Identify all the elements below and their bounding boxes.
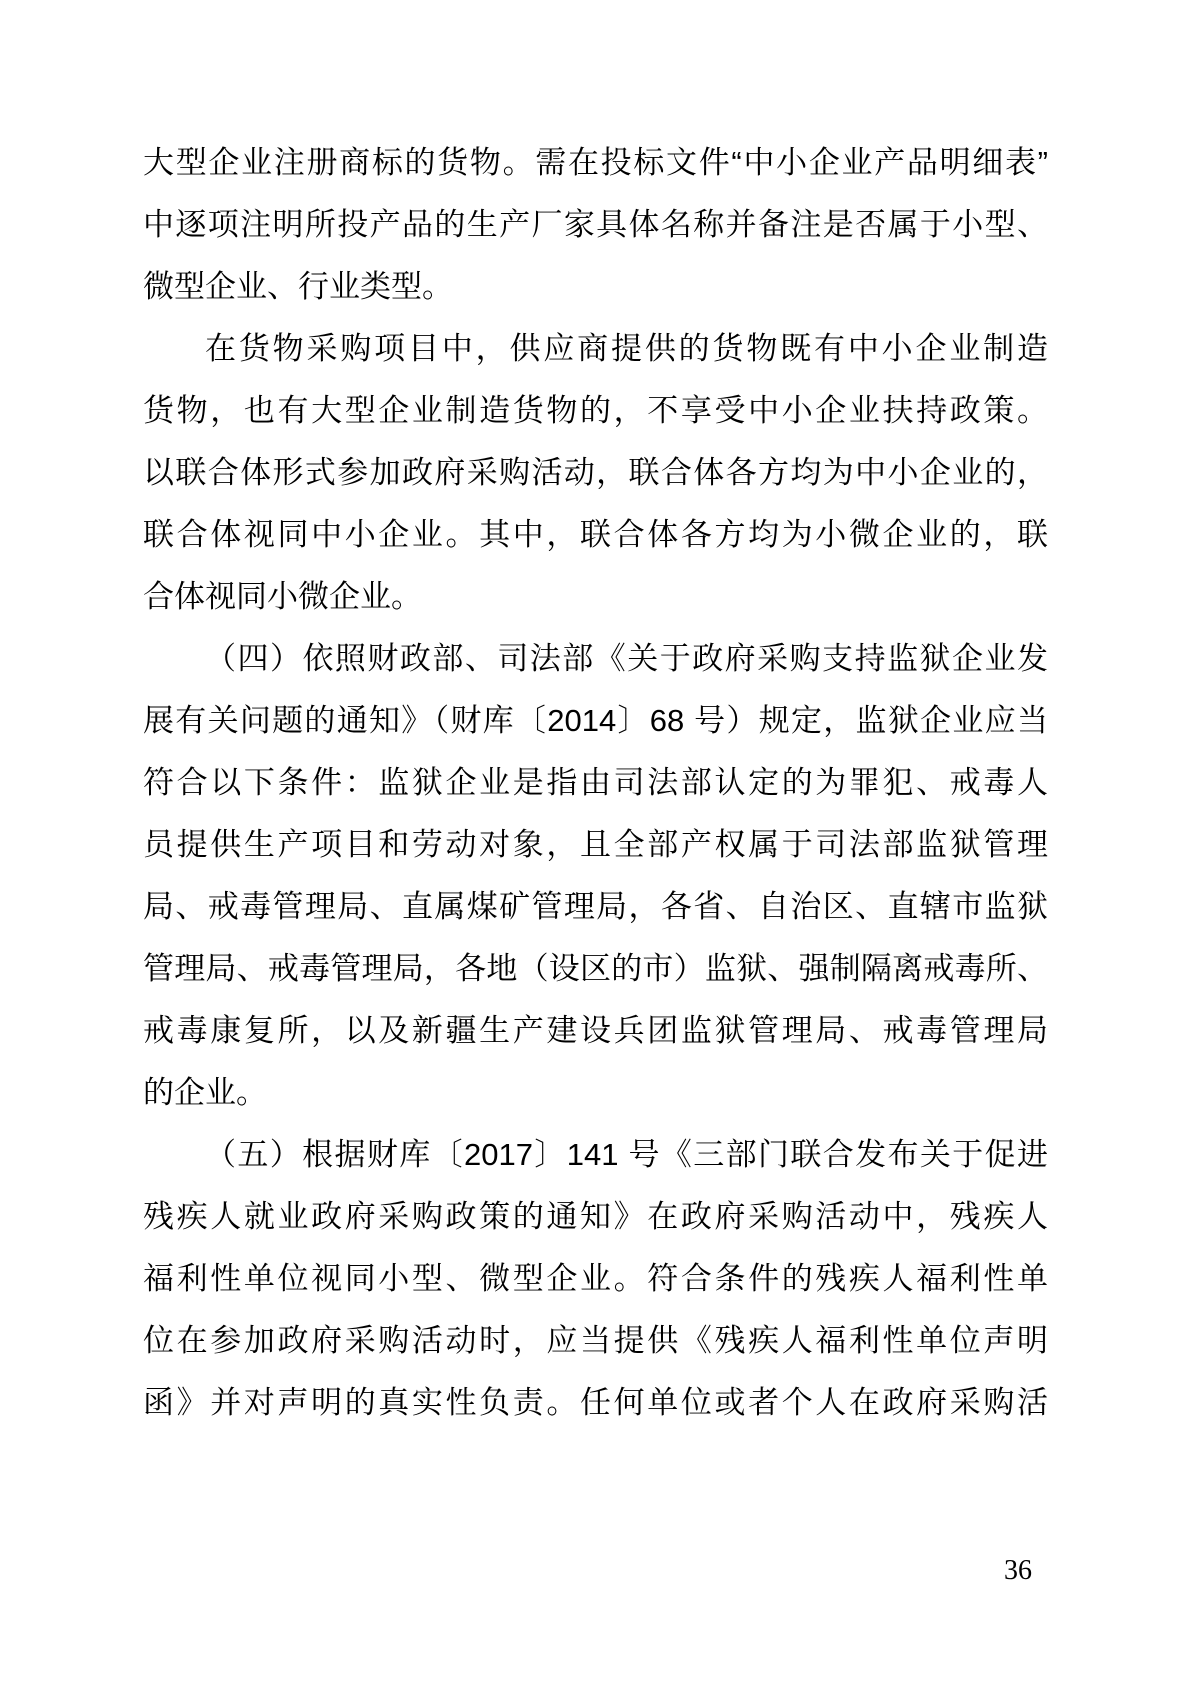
text-line: 微型企业、行业类型。 bbox=[143, 256, 1048, 318]
page-body: 大型企业注册商标的货物。需在投标文件“中小企业产品明细表” 中逐项注明所投产品的… bbox=[143, 132, 1048, 1434]
text-line: 大型企业注册商标的货物。需在投标文件“中小企业产品明细表” bbox=[143, 132, 1048, 194]
text-line: （五）根据财库〔2017〕141 号《三部门联合发布关于促进 bbox=[143, 1124, 1048, 1186]
document-page: 大型企业注册商标的货物。需在投标文件“中小企业产品明细表” 中逐项注明所投产品的… bbox=[0, 0, 1190, 1682]
text-line: 符合以下条件：监狱企业是指由司法部认定的为罪犯、戒毒人 bbox=[143, 752, 1048, 814]
text-line: （四）依照财政部、司法部《关于政府采购支持监狱企业发 bbox=[143, 628, 1048, 690]
page-number: 36 bbox=[998, 1554, 1038, 1588]
text-line: 的企业。 bbox=[143, 1062, 1048, 1124]
text-line: 联合体视同中小企业。其中，联合体各方均为小微企业的，联 bbox=[143, 504, 1048, 566]
text-line: 局、戒毒管理局、直属煤矿管理局，各省、自治区、直辖市监狱 bbox=[143, 876, 1048, 938]
text-line: 福利性单位视同小型、微型企业。符合条件的残疾人福利性单 bbox=[143, 1248, 1048, 1310]
text-line: 管理局、戒毒管理局，各地（设区的市）监狱、强制隔离戒毒所、 bbox=[143, 938, 1048, 1000]
text-line: 展有关问题的通知》（财库〔2014〕68 号）规定，监狱企业应当 bbox=[143, 690, 1048, 752]
text-line: 中逐项注明所投产品的生产厂家具体名称并备注是否属于小型、 bbox=[143, 194, 1048, 256]
text-line: 残疾人就业政府采购政策的通知》在政府采购活动中，残疾人 bbox=[143, 1186, 1048, 1248]
text-line: 戒毒康复所，以及新疆生产建设兵团监狱管理局、戒毒管理局 bbox=[143, 1000, 1048, 1062]
text-line: 员提供生产项目和劳动对象，且全部产权属于司法部监狱管理 bbox=[143, 814, 1048, 876]
text-line: 位在参加政府采购活动时，应当提供《残疾人福利性单位声明 bbox=[143, 1310, 1048, 1372]
text-line: 函》并对声明的真实性负责。任何单位或者个人在政府采购活 bbox=[143, 1372, 1048, 1434]
text-line: 合体视同小微企业。 bbox=[143, 566, 1048, 628]
text-line: 货物，也有大型企业制造货物的，不享受中小企业扶持政策。 bbox=[143, 380, 1048, 442]
text-line: 以联合体形式参加政府采购活动，联合体各方均为中小企业的， bbox=[143, 442, 1048, 504]
text-line: 在货物采购项目中，供应商提供的货物既有中小企业制造 bbox=[143, 318, 1048, 380]
